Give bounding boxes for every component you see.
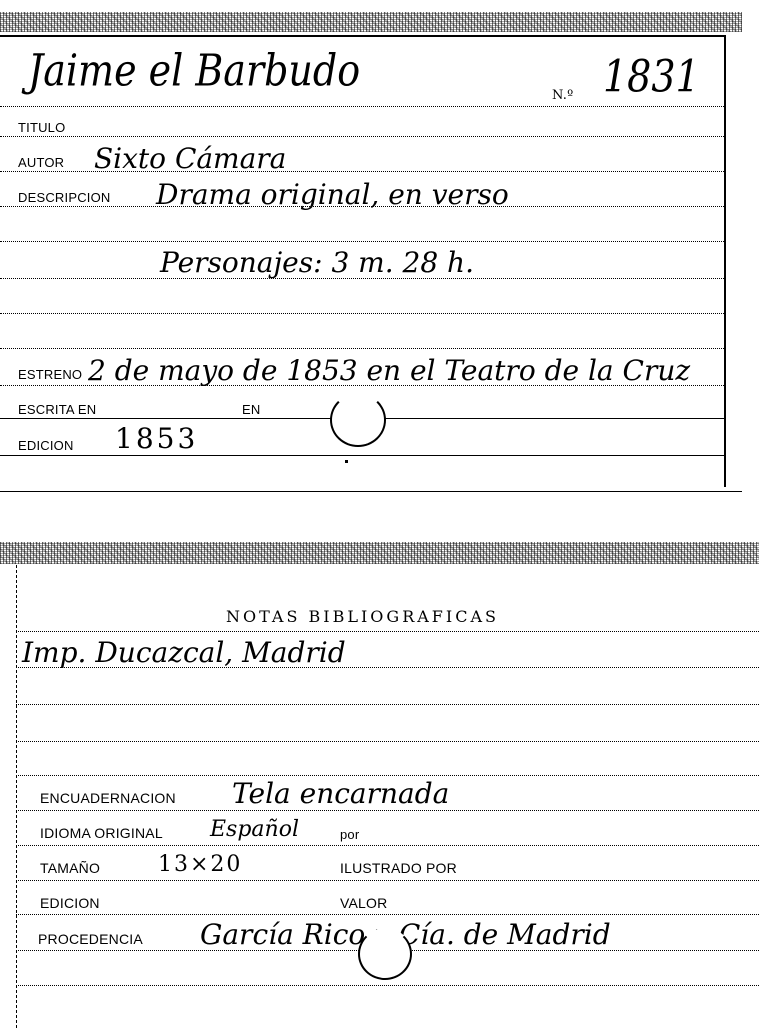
number-label: N.º xyxy=(552,88,573,103)
procedencia-label: PROCEDENCIA xyxy=(38,931,143,947)
edicion-value: 1853 xyxy=(115,422,198,455)
blank-rule-bottom xyxy=(16,985,759,986)
scan-noise-top xyxy=(0,12,742,32)
encuadernacion-label: ENCUADERNACION xyxy=(40,790,176,806)
tamano-rule xyxy=(16,880,759,881)
idioma-original-value: Español xyxy=(210,817,299,842)
autor-rule xyxy=(0,171,724,172)
titulo-label: TITULO xyxy=(18,120,65,135)
edicion-label: EDICION xyxy=(18,438,74,453)
idioma-rule xyxy=(16,845,759,846)
notas-rule-3 xyxy=(16,704,759,705)
personajes-rule xyxy=(0,278,724,279)
card-edge-line xyxy=(0,491,742,492)
edicion-bottom-label: EDICION xyxy=(40,895,100,911)
tamano-value: 13×20 xyxy=(158,852,242,877)
personajes-value: Personajes: 3 m. 28 h. xyxy=(160,246,474,279)
tamano-label: TAMAÑO xyxy=(40,860,100,876)
punch-hole-bottom xyxy=(358,928,412,980)
ilustrado-por-label: ILUSTRADO POR xyxy=(340,860,457,876)
idioma-original-label: IDIOMA ORIGINAL xyxy=(40,825,163,841)
por-label: por xyxy=(340,827,359,842)
estreno-label: ESTRENO xyxy=(18,367,82,382)
descripcion-label: DESCRIPCION xyxy=(18,190,111,205)
blank-rule-3 xyxy=(0,348,724,349)
notas-rule-2 xyxy=(16,667,759,668)
en-label: EN xyxy=(242,402,260,417)
estreno-value: 2 de mayo de 1853 en el Teatro de la Cru… xyxy=(88,354,690,387)
escrita-en-label: ESCRITA EN xyxy=(18,402,96,417)
blank-rule-1 xyxy=(0,241,724,242)
edicion-rule xyxy=(0,455,724,456)
catalog-number: 1831 xyxy=(603,51,700,102)
notas-rule-4 xyxy=(16,741,759,742)
encuadernacion-value: Tela encarnada xyxy=(232,777,449,810)
speck xyxy=(345,460,348,463)
blank-rule-2 xyxy=(0,313,724,314)
notas-value-1: Imp. Ducazcal, Madrid xyxy=(22,636,346,669)
edicion-bottom-rule xyxy=(16,914,759,915)
autor-label: AUTOR xyxy=(18,155,64,170)
notas-rule-5 xyxy=(16,775,759,776)
notas-rule-1 xyxy=(16,631,759,632)
title-rule xyxy=(0,106,724,107)
descripcion-rule xyxy=(0,206,724,207)
scan-noise-bottom xyxy=(0,542,759,564)
valor-label: VALOR xyxy=(340,895,387,911)
titulo-rule xyxy=(0,136,724,137)
notas-heading: NOTAS BIBLIOGRAFICAS xyxy=(226,607,499,626)
handwritten-title: Jaime el Barbudo xyxy=(28,45,360,96)
estreno-rule xyxy=(0,385,724,386)
punch-hole xyxy=(330,393,386,447)
encuadernacion-rule xyxy=(16,810,759,811)
